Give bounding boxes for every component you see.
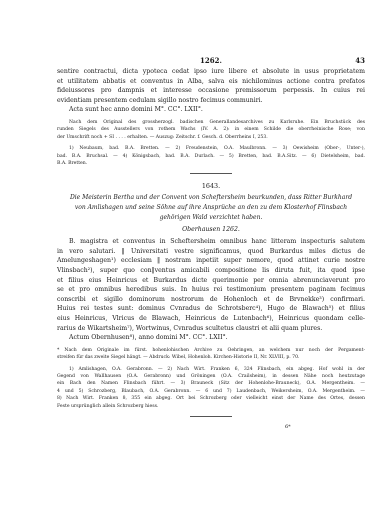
text-line: Vlinsbach²), super quo con‖ventus amicab… [57,266,365,276]
footnote-line: B.A. Bretten. [57,160,365,167]
footnote-line: 8) Nach Wirt. Franken 8, 355 ein abgeg. … [57,395,365,402]
note-line: * Nach dem Originale im fürst. hohenlohi… [57,347,365,354]
regest-line: gehörigen Wald verzichtet haben. [57,213,365,223]
text-line: Amelungeshagen¹) ecclesiam ‖ nostram inp… [57,256,365,266]
footnote-line: 4 und 5) Schrozberg, Blaubach, O.A. Gera… [57,388,365,395]
footnote-line: Gegend von Wallhausen (O.A. Gerabronn) u… [57,373,365,380]
running-head-year: 1262. [57,56,365,65]
text-line: evidentiam presentem cedulam sigillo nos… [57,96,365,106]
text-line: rarius de Wikartsheim⁷), Wortwinus, Cvnr… [57,324,365,334]
note-line: der Umschrift noch + SI . . . . erhalten… [57,134,365,141]
text-line: et utilitatem abbatis et conventus in Al… [57,77,365,87]
page-number: 43 [355,56,365,65]
dating-line: Acta sunt hec anno domini M°. CC°. LXII°… [57,105,365,115]
footnote-line: Feste ursprünglich allein Schrozberg hie… [57,403,365,410]
document-regest: Die Meisterin Bertha und der Convent von… [57,193,365,222]
source-note: * Nach dem Originale im fürst. hohenlohi… [57,347,365,362]
dating-line: Actum Obernhusen⁸), anno domini M°. CC°.… [57,333,365,343]
regest-line: von Amlishagen und seine Söhne auf ihre … [57,203,365,213]
regest-line: Die Meisterin Bertha und der Convent von… [57,193,365,203]
text-line: conscribi et sigillo dominorum nostrorum… [57,295,365,305]
text-line: sentire contractui, dicta ypoteca cedat … [57,67,365,77]
text-line: se et pro omnibus heredibus suis. In hui… [57,285,365,295]
footnote-line: bad. B.A. Bruchsal. — 4) Königsbach, bad… [57,153,365,160]
note-line: Nach dem Original des grossherzogl. badi… [57,119,365,126]
previous-footnotes: 1) Neubaum, bad. B.A. Bretten. — 2) Freu… [57,145,365,167]
document-text: B. magistra et conventus in Scheftershei… [57,237,365,343]
footnote-line: 1) Amlishagen, O.A. Gerabronn. — 2) Nach… [57,366,365,373]
footnote-line: 1) Neubaum, bad. B.A. Bretten. — 2) Freu… [57,145,365,152]
section-separator [190,173,232,174]
footnote-line: ein Bach den Namen Flinsbach führt. — 3)… [57,380,365,387]
previous-document-text: sentire contractui, dicta ypoteca cedat … [57,67,365,115]
signature-mark: 6* [285,424,291,430]
footnotes: 1) Amlishagen, O.A. Gerabronn. — 2) Nach… [57,366,365,410]
document-number: 1643. [57,182,365,190]
note-line: streifen für das zweite Siegel hängt. — … [57,354,365,361]
text-line: B. magistra et conventus in Scheftershei… [57,237,365,247]
running-head: 1262. 43 [57,56,365,67]
text-line: in vero salutari. ‖ Universitati vestre … [57,247,365,257]
previous-source-note: Nach dem Original des grossherzogl. badi… [57,119,365,141]
note-line: runden Siegels des Ausstellers von rothe… [57,126,365,133]
text-line: eius Heinricus, Vlricus de Blawach, Hein… [57,314,365,324]
text-line: fideiussores pro dampnis et interesse oc… [57,86,365,96]
text-line: Huius rei testes sunt: dominus Cvnradus … [57,304,365,314]
text-line: et filius eius Heinricus et Burkardus di… [57,276,365,286]
document-page: 1262. 43 sentire contractui, dicta ypote… [57,56,365,423]
section-separator [190,416,232,417]
place-date: Oberhausen 1262. [57,226,365,233]
